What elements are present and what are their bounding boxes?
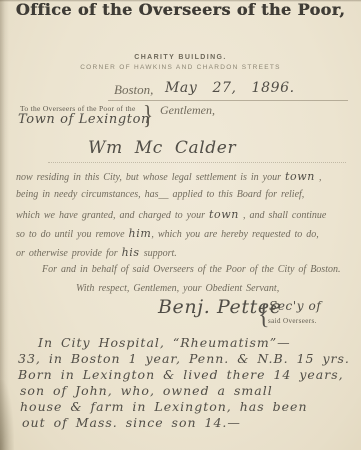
case-note-line: son of John, who, owned a small bbox=[20, 383, 273, 398]
body-closing-line: For and in behalf of said Overseers of t… bbox=[42, 264, 340, 275]
body-line-1-tail: , bbox=[315, 172, 322, 183]
recipient-brace: } bbox=[143, 100, 153, 131]
body-line-3-handwritten-word: town bbox=[209, 208, 239, 221]
signature-title-printed: said Overseers. bbox=[268, 317, 317, 325]
body-line-5-printed-a: or otherwise provide for bbox=[16, 248, 118, 259]
letterhead-title: Office of the Overseers of the Poor, bbox=[0, 0, 361, 19]
body-line-4: so to do until you remove him, which you… bbox=[16, 227, 319, 240]
paper-corner-shadow bbox=[0, 380, 14, 450]
case-note-line: Born in Lexington & lived there 14 years… bbox=[18, 367, 344, 382]
signature-brace: { bbox=[258, 299, 270, 331]
body-line-3-printed: which we have granted, and charged to yo… bbox=[16, 210, 205, 221]
case-note-line: out of Mass. since son 14.— bbox=[22, 415, 241, 430]
subject-name-rule bbox=[48, 162, 346, 163]
letterhead-building-line: CHARITY BUILDING. bbox=[0, 54, 361, 61]
scanned-letter-page: Office of the Overseers of the Poor, CHA… bbox=[0, 0, 361, 450]
case-note-line: house & farm in Lexington, has been bbox=[20, 399, 308, 414]
subject-handwritten-name: Wm Mc Calder bbox=[88, 138, 236, 158]
body-line-1-printed: now residing in this City, but whose leg… bbox=[16, 172, 281, 183]
dateline-city: Boston, bbox=[114, 82, 153, 98]
case-note-line: In City Hospital, “Rheumatism”— bbox=[38, 335, 291, 350]
dateline-handwritten-date: May 27, 1896. bbox=[165, 80, 295, 96]
body-line-4-handwritten-word: him bbox=[129, 227, 152, 240]
body-line-5-handwritten-word: his bbox=[122, 246, 140, 259]
case-note-line: 33, in Boston 1 year, Penn. & N.B. 15 yr… bbox=[18, 351, 350, 366]
body-line-5-printed-b: support. bbox=[140, 248, 177, 259]
signature-title-handwritten: Sec'y of bbox=[269, 299, 321, 313]
body-line-1: now residing in this City, but whose leg… bbox=[16, 170, 321, 183]
body-line-3: which we have granted, and charged to yo… bbox=[16, 208, 326, 221]
body-line-4-printed-b: , which you are hereby requested to do, bbox=[151, 229, 318, 240]
body-line-2: being in needy circumstances, has__ appl… bbox=[16, 189, 304, 200]
body-line-1-handwritten-word: town bbox=[285, 170, 315, 183]
salutation: Gentlemen, bbox=[160, 103, 215, 118]
body-line-4-printed-a: so to do until you remove bbox=[16, 229, 125, 240]
body-respect-line: With respect, Gentlemen, your Obedient S… bbox=[76, 283, 279, 294]
body-line-5: or otherwise provide for his support. bbox=[16, 246, 177, 259]
letterhead-address-line: CORNER OF HAWKINS AND CHARDON STREETS bbox=[0, 64, 361, 71]
body-line-3-tail: , and shall continue bbox=[239, 210, 326, 221]
recipient-handwritten-town: Town of Lexington bbox=[18, 112, 150, 127]
